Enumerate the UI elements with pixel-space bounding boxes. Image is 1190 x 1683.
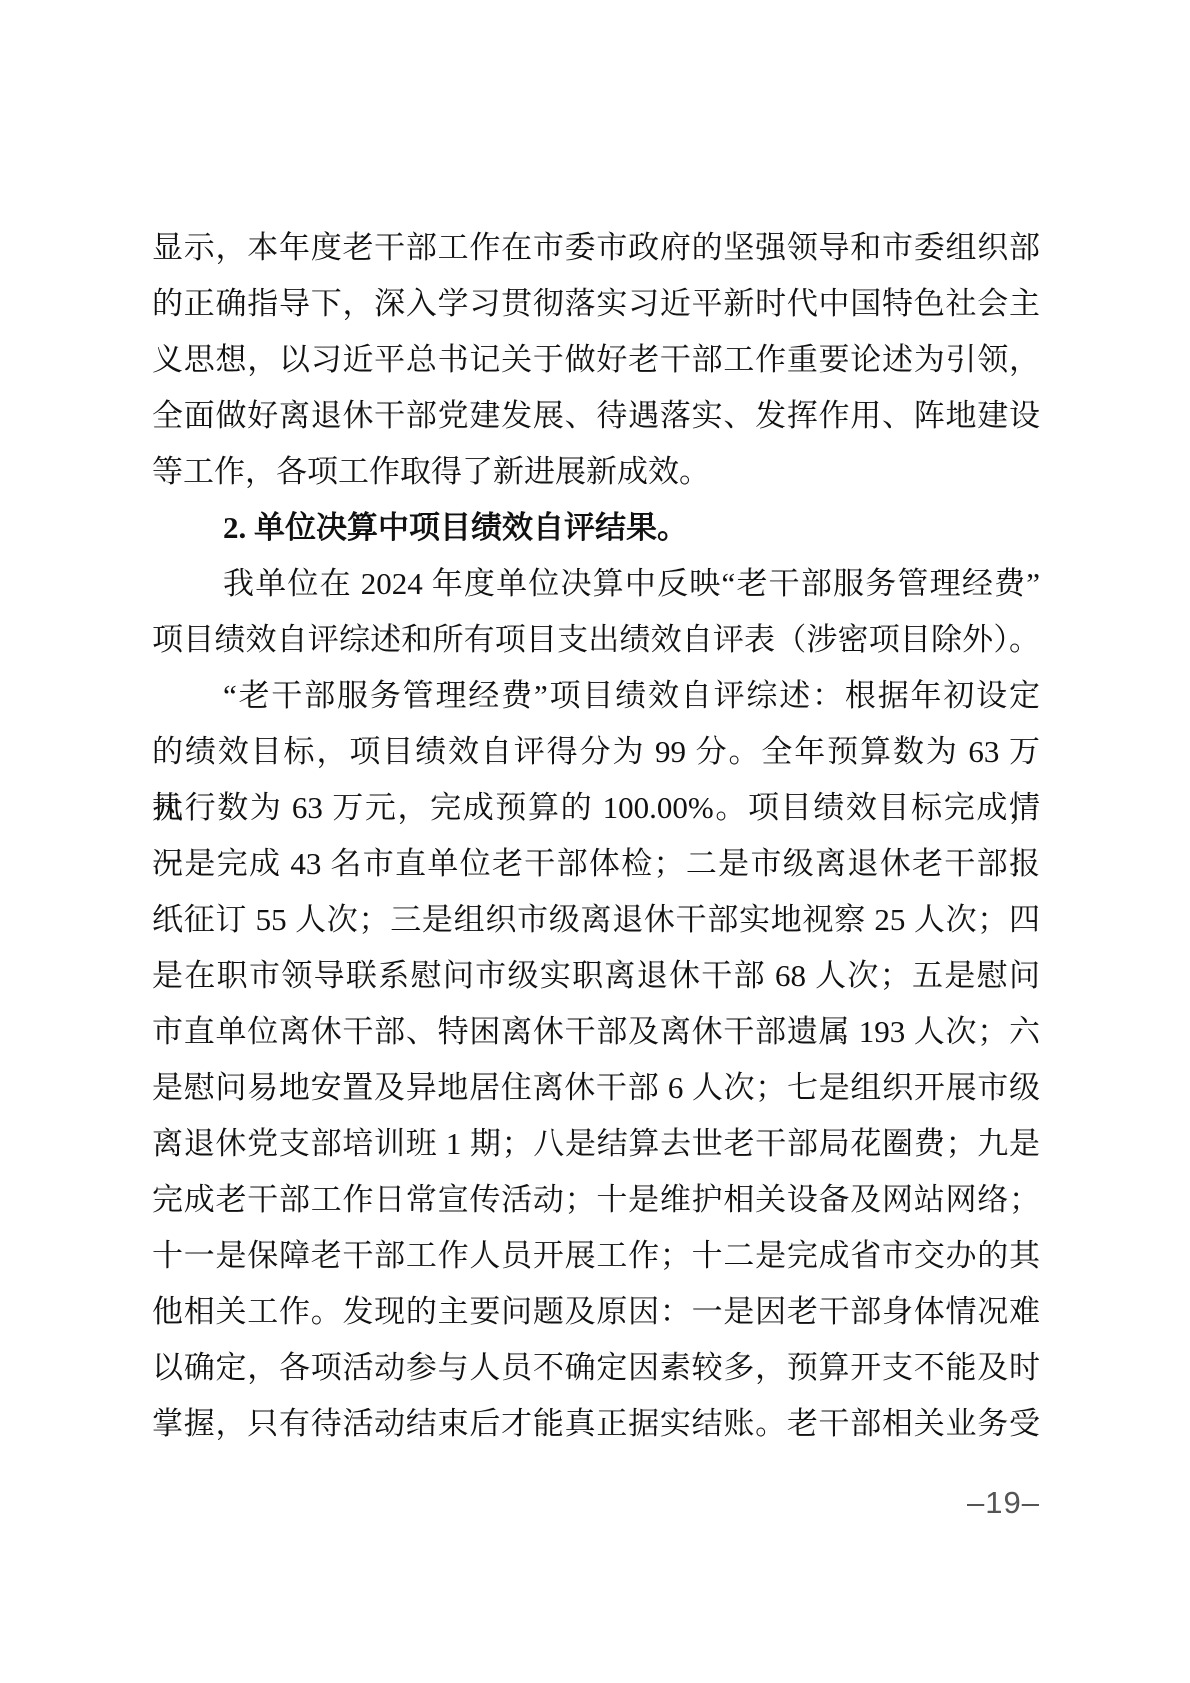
body-text-line: 市直单位离休干部、特困离休干部及离休干部遗属 193 人次；六	[152, 1004, 1040, 1060]
body-text-line: 项目绩效自评综述和所有项目支出绩效自评表（涉密项目除外）。	[152, 612, 1040, 668]
page-number: –19–	[967, 1486, 1040, 1520]
body-text-line: 掌握，只有待活动结束后才能真正据实结账。老干部相关业务受	[152, 1396, 1040, 1452]
body-text-line: 十一是保障老干部工作人员开展工作；十二是完成省市交办的其	[152, 1228, 1040, 1284]
body-text-line: 的正确指导下，深入学习贯彻落实习近平新时代中国特色社会主	[152, 276, 1040, 332]
body-text-line: 执行数为 63 万元，完成预算的 100.00%。项目绩效目标完成情况：	[152, 780, 1040, 836]
body-text-line: “老干部服务管理经费”项目绩效自评综述：根据年初设定	[152, 668, 1040, 724]
body-text-line: 以确定，各项活动参与人员不确定因素较多，预算开支不能及时	[152, 1340, 1040, 1396]
body-text-line: 全面做好离退休干部党建发展、待遇落实、发挥作用、阵地建设	[152, 388, 1040, 444]
body-text-line: 是慰问易地安置及异地居住离休干部 6 人次；七是组织开展市级	[152, 1060, 1040, 1116]
section-heading: 2. 单位决算中项目绩效自评结果。	[152, 500, 1040, 556]
document-page: 显示，本年度老干部工作在市委市政府的坚强领导和市委组织部的正确指导下，深入学习贯…	[0, 0, 1190, 1683]
body-text-line: 等工作，各项工作取得了新进展新成效。	[152, 444, 1040, 500]
body-text-line: 是在职市领导联系慰问市级实职离退休干部 68 人次；五是慰问	[152, 948, 1040, 1004]
body-text-line: 显示，本年度老干部工作在市委市政府的坚强领导和市委组织部	[152, 220, 1040, 276]
body-text-line: 离退休党支部培训班 1 期；八是结算去世老干部局花圈费；九是	[152, 1116, 1040, 1172]
body-text-line: 的绩效目标，项目绩效自评得分为 99 分。全年预算数为 63 万元，	[152, 724, 1040, 780]
body-text-line: 完成老干部工作日常宣传活动；十是维护相关设备及网站网络；	[152, 1172, 1040, 1228]
body-text-line: 我单位在 2024 年度单位决算中反映“老干部服务管理经费”	[152, 556, 1040, 612]
body-text-line: 义思想，以习近平总书记关于做好老干部工作重要论述为引领，	[152, 332, 1040, 388]
body-text-line: 他相关工作。发现的主要问题及原因：一是因老干部身体情况难	[152, 1284, 1040, 1340]
body-text-line: 一是完成 43 名市直单位老干部体检；二是市级离退休老干部报	[152, 836, 1040, 892]
text-block: 显示，本年度老干部工作在市委市政府的坚强领导和市委组织部的正确指导下，深入学习贯…	[152, 220, 1040, 1452]
body-text-line: 纸征订 55 人次；三是组织市级离退休干部实地视察 25 人次；四	[152, 892, 1040, 948]
